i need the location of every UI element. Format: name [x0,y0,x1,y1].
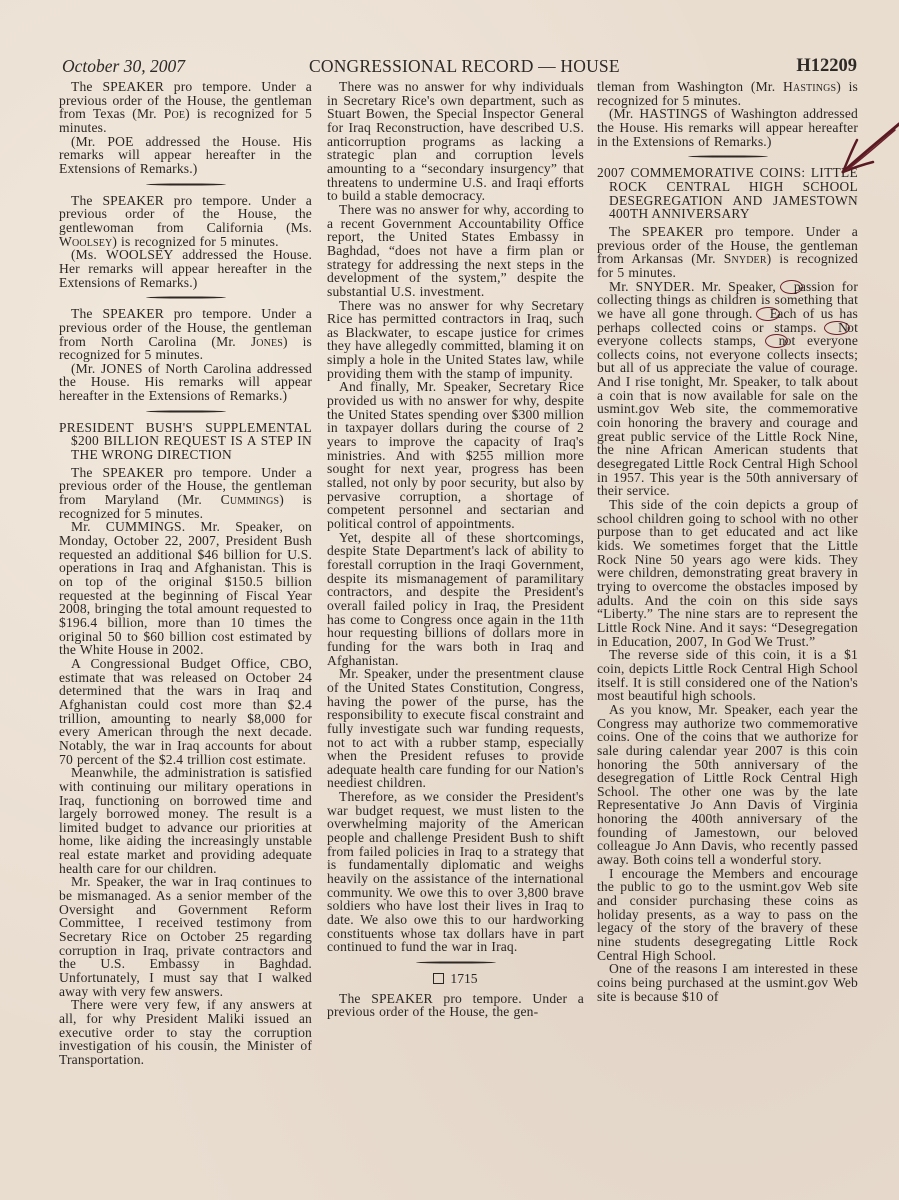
cummings-recognition: The SPEAKER pro tempore. Under a previou… [59,466,312,521]
section-heading-supplemental: PRESIDENT BUSH'S SUPPLEMENTAL $200 BILLI… [59,421,312,462]
speaker-closing: The SPEAKER pro tempore. Under a previou… [327,992,584,1019]
paragraph: The reverse side of this coin, it is a $… [597,648,858,703]
snyder-recognition: The SPEAKER pro tempore. Under a previou… [597,225,858,280]
header-date: October 30, 2007 [62,56,185,77]
section-divider [146,410,226,412]
time-marker: 1715 [327,972,584,986]
paragraph: And finally, Mr. Speaker, Secretary Rice… [327,380,584,530]
jones-recognition: The SPEAKER pro tempore. Under a previou… [59,307,312,362]
section-divider [416,961,496,963]
poe-recognition: The SPEAKER pro tempore. Under a previou… [59,80,312,135]
poe-remarks: (Mr. POE addressed the House. His remark… [59,135,312,176]
paragraph: There was no answer for why, according t… [327,203,584,299]
page-header: October 30, 2007 CONGRESSIONAL RECORD — … [62,56,859,78]
column-left: The SPEAKER pro tempore. Under a previou… [59,80,312,1067]
section-divider [146,183,226,185]
paragraph: Meanwhile, the administration is satisfi… [59,766,312,875]
paragraph: I encourage the Members and encourage th… [597,867,858,963]
paragraph: There was no answer for why Secretary Ri… [327,299,584,381]
paragraph: There were very few, if any answers at a… [59,998,312,1066]
snyder-opening: Mr. SNYDER. Mr. Speaker, passion for col… [597,280,858,499]
section-divider [146,297,226,299]
column-middle: There was no answer for why individuals … [327,80,584,1019]
jones-remarks: (Mr. JONES of North Carolina addressed t… [59,362,312,403]
square-bullet-icon [433,973,444,984]
paragraph: Yet, despite all of these shortcomings, … [327,531,584,668]
paragraph: This side of the coin depicts a group of… [597,498,858,648]
paragraph: Mr. Speaker, the war in Iraq continues t… [59,875,312,998]
paragraph: Mr. Speaker, under the presentment claus… [327,667,584,790]
section-divider [688,156,768,158]
paragraph: Therefore, as we consider the President'… [327,790,584,954]
hastings-recognition: tleman from Washington (Mr. Hastings) is… [597,80,858,107]
paragraph: Mr. CUMMINGS. Mr. Speaker, on Monday, Oc… [59,520,312,657]
header-title: CONGRESSIONAL RECORD — HOUSE [309,56,620,77]
woolsey-recognition: The SPEAKER pro tempore. Under a previou… [59,194,312,249]
header-page-number: H12209 [796,56,857,77]
paragraph: There was no answer for why individuals … [327,80,584,203]
paragraph: As you know, Mr. Speaker, each year the … [597,703,858,867]
section-heading-coins: 2007 COMMEMORATIVE COINS: LITTLE ROCK CE… [597,166,858,221]
paragraph: A Congressional Budget Office, CBO, esti… [59,657,312,766]
column-right: tleman from Washington (Mr. Hastings) is… [597,80,858,1003]
hastings-remarks: (Mr. HASTINGS of Washington addressed th… [597,107,858,148]
paragraph: One of the reasons I am interested in th… [597,962,858,1003]
hand-drawn-arrow-icon [835,122,899,176]
woolsey-remarks: (Ms. WOOLSEY addressed the House. Her re… [59,248,312,289]
